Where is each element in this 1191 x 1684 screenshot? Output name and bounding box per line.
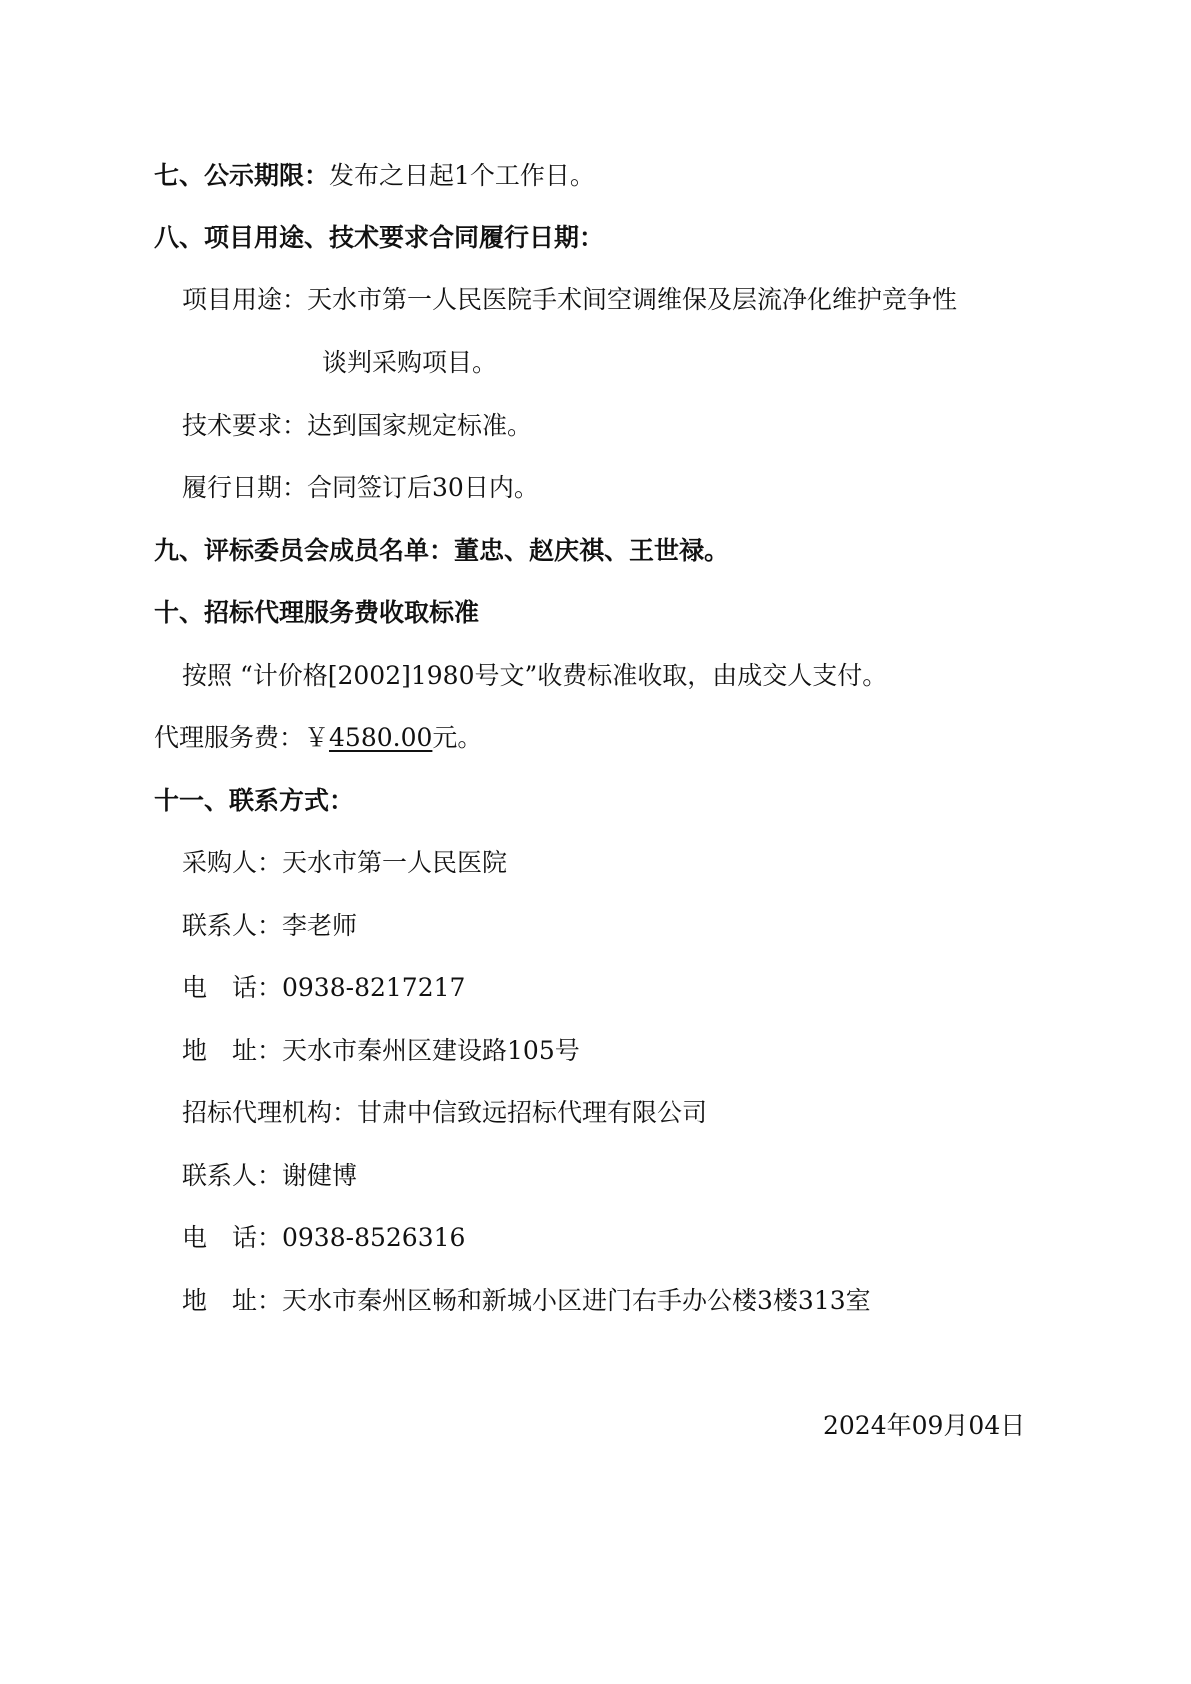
performance-date-line: 履行日期：合同签订后30日内。 bbox=[182, 472, 539, 504]
purpose-text: 天水市第一人民医院手术间空调维保及层流净化维护竞争性 bbox=[307, 285, 957, 314]
section-11-heading: 十一、联系方式： bbox=[154, 785, 354, 817]
section-8-heading: 八、项目用途、技术要求合同履行日期： bbox=[154, 222, 604, 254]
fee-suffix: 元。 bbox=[432, 723, 482, 752]
section-7-heading: 七、公示期限： bbox=[154, 161, 329, 190]
section-7: 七、公示期限：发布之日起1个工作日。 bbox=[154, 160, 595, 192]
purpose-line: 项目用途：天水市第一人民医院手术间空调维保及层流净化维护竞争性 bbox=[182, 284, 957, 316]
purpose-continuation: 谈判采购项目。 bbox=[322, 347, 497, 379]
agency-contact: 联系人：谢健博 bbox=[182, 1160, 357, 1192]
performance-date-label: 履行日期： bbox=[182, 473, 307, 502]
fee-line: 代理服务费：￥4580.00元。 bbox=[154, 722, 482, 754]
agency-address: 地 址：天水市秦州区畅和新城小区进门右手办公楼3楼313室 bbox=[182, 1285, 871, 1317]
purpose-label: 项目用途： bbox=[182, 285, 307, 314]
tech-text: 达到国家规定标准。 bbox=[307, 411, 532, 440]
section-9-heading: 九、评标委员会成员名单：董忠、赵庆祺、王世禄。 bbox=[154, 535, 729, 567]
fee-label: 代理服务费：￥ bbox=[154, 723, 329, 752]
section-7-text: 发布之日起1个工作日。 bbox=[329, 161, 595, 190]
tech-label: 技术要求： bbox=[182, 411, 307, 440]
purchaser-address: 地 址：天水市秦州区建设路105号 bbox=[182, 1035, 580, 1067]
agency: 招标代理机构：甘肃中信致远招标代理有限公司 bbox=[182, 1097, 707, 1129]
purchaser-phone: 电 话：0938-8217217 bbox=[182, 972, 465, 1004]
purchaser-contact: 联系人：李老师 bbox=[182, 910, 357, 942]
section-10-heading: 十、招标代理服务费收取标准 bbox=[154, 597, 479, 629]
document-date: 2024年09月04日 bbox=[823, 1410, 1025, 1442]
purchaser: 采购人：天水市第一人民医院 bbox=[182, 847, 507, 879]
performance-date-text: 合同签订后30日内。 bbox=[307, 473, 539, 502]
tech-line: 技术要求：达到国家规定标准。 bbox=[182, 410, 532, 442]
fee-standard-text: 按照 “计价格[2002]1980号文”收费标准收取，由成交人支付。 bbox=[182, 660, 887, 692]
fee-amount: 4580.00 bbox=[329, 723, 432, 752]
agency-phone: 电 话：0938-8526316 bbox=[182, 1222, 465, 1254]
